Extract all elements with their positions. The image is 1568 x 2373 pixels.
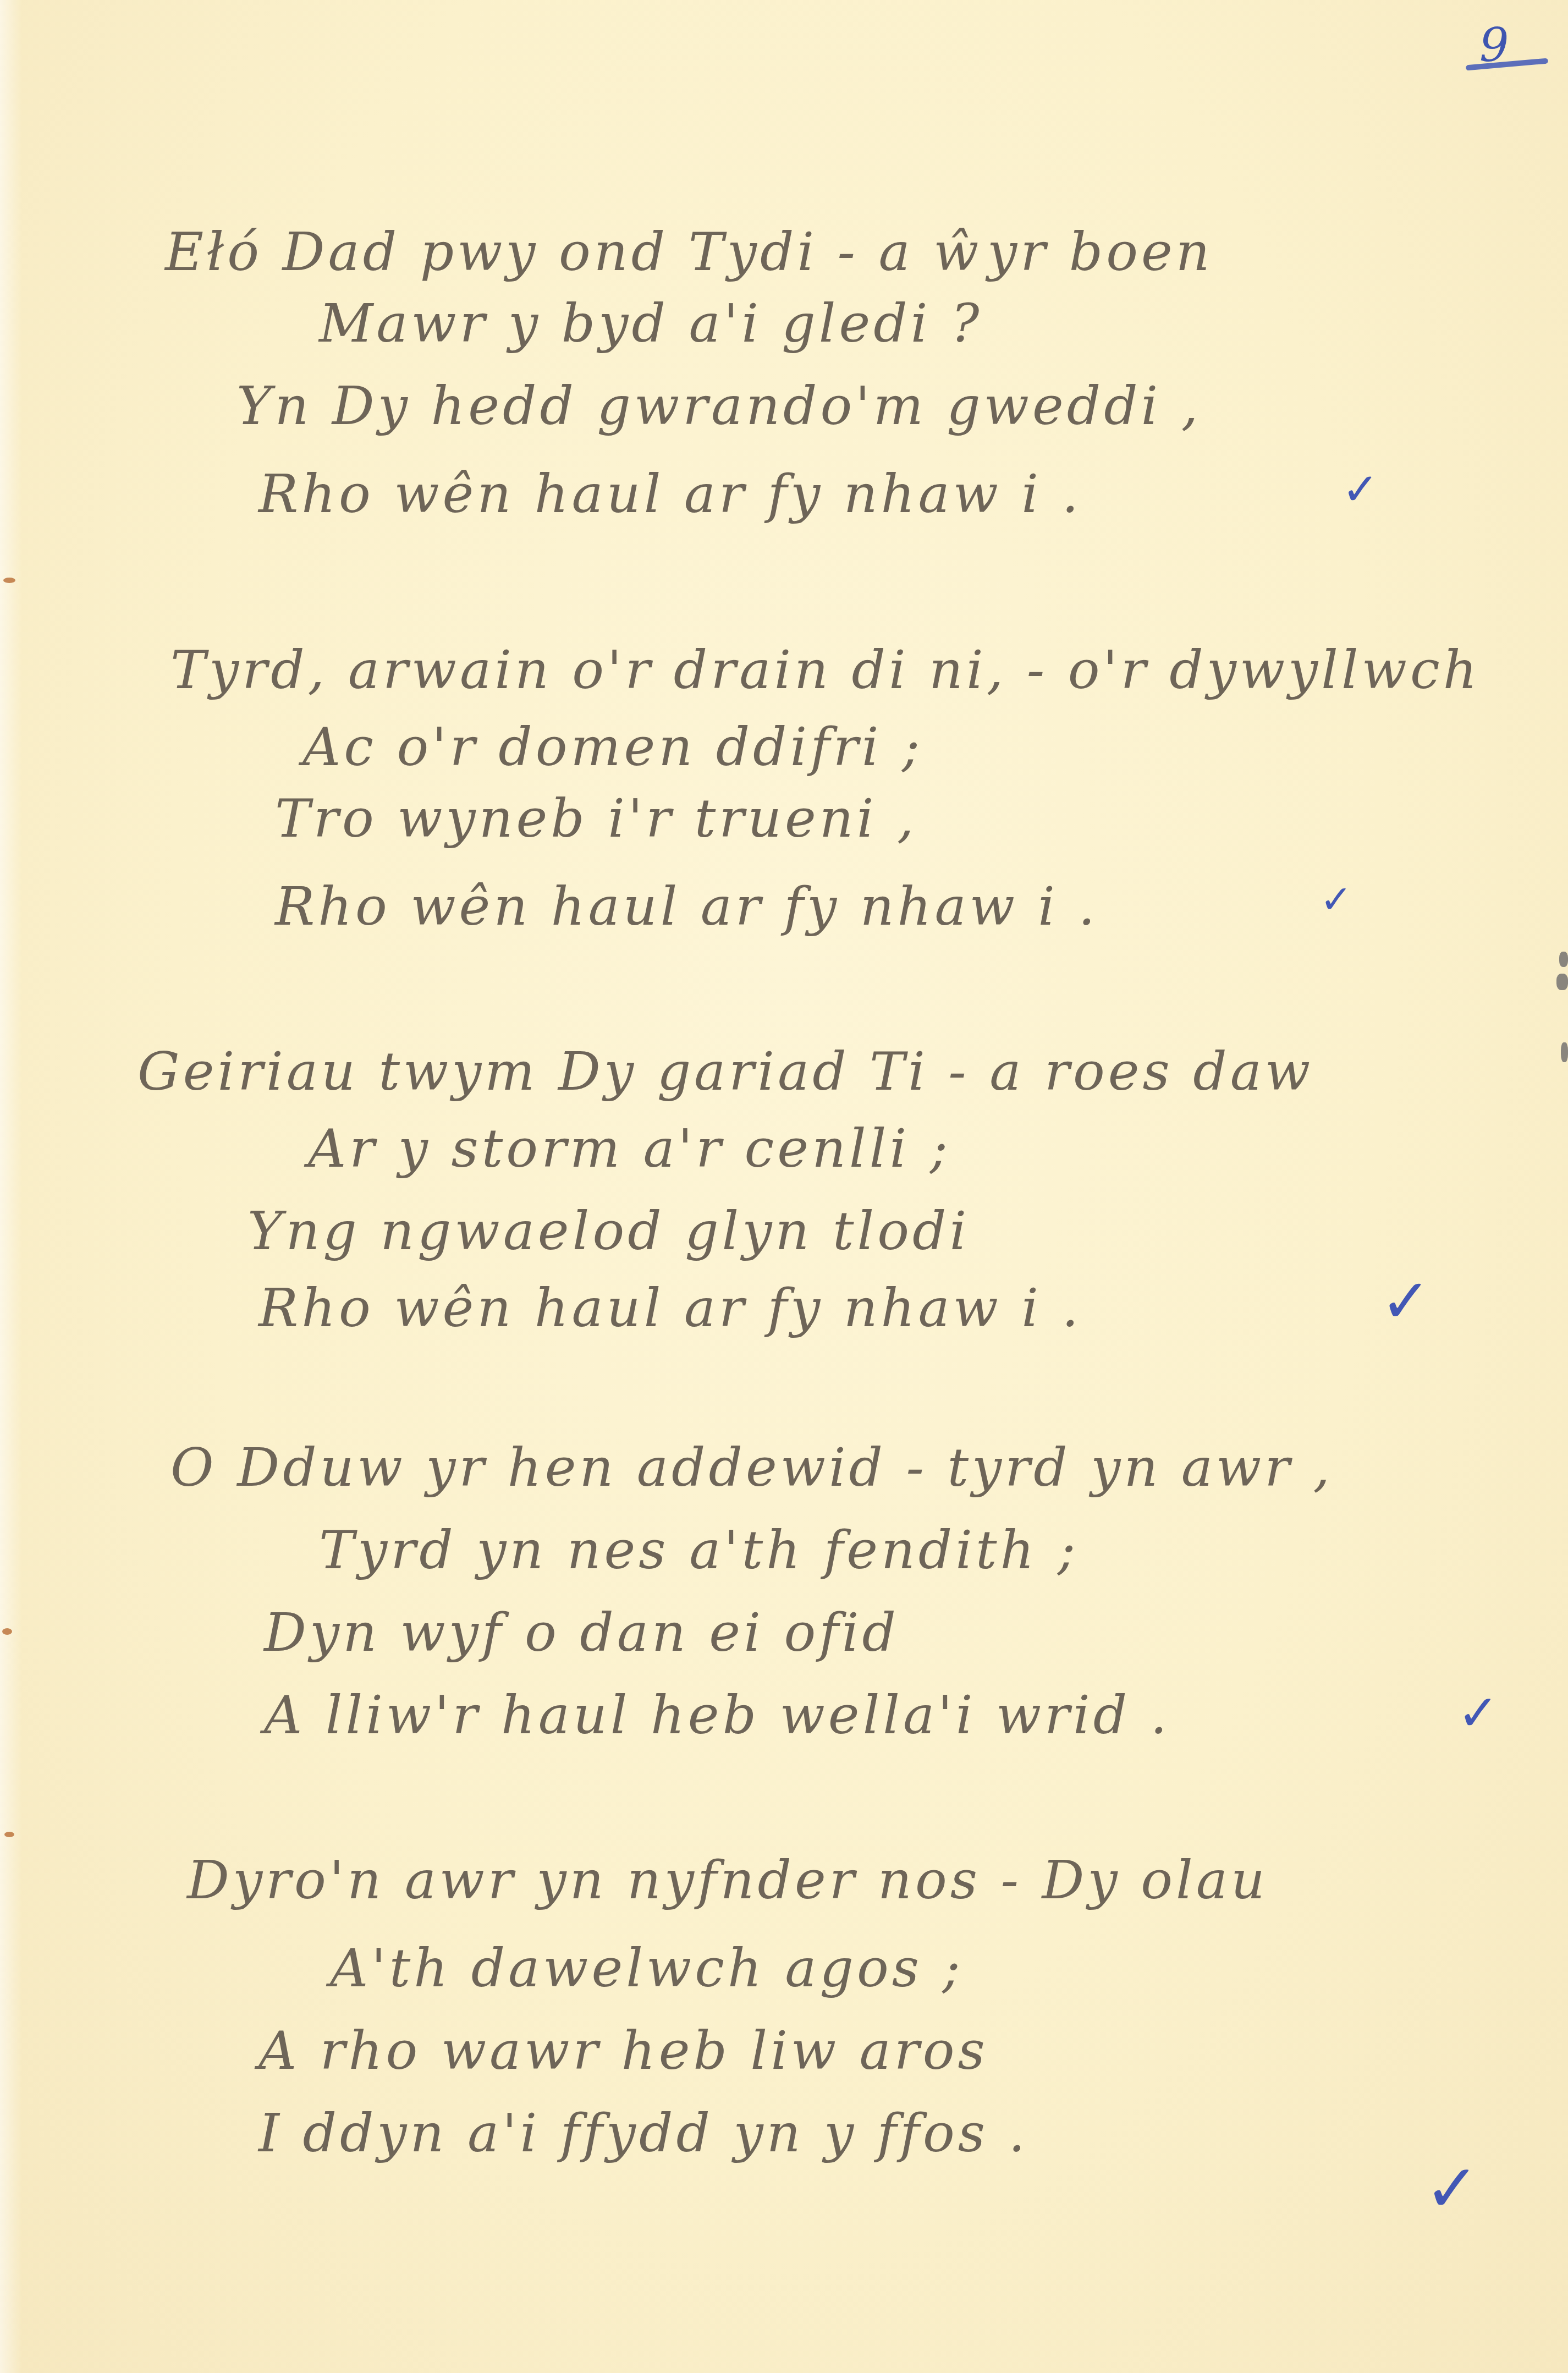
stanza-3-line-4: Rho wên haul ar fy nhaw i .: [258, 1282, 1082, 1334]
edge-ink-mark: [1556, 974, 1568, 990]
paper-edge-shading: [0, 0, 22, 2373]
stanza-4-line-1: O Dduw yr hen addewid - tyrd yn awr ,: [170, 1441, 1333, 1494]
stanza-1-line-2: Mawr y byd a'i gledi ?: [319, 297, 982, 350]
checkmark-icon: ✓: [1342, 468, 1379, 512]
stanza-4-line-3: Dyn wyf o dan ei ofid: [264, 1606, 899, 1659]
manuscript-page: 9 Ełó Dad pwy ond Tydi - a ŵyr boen Mawr…: [0, 0, 1568, 2373]
stanza-2-line-1: Tyrd, arwain o'r drain di ni, - o'r dywy…: [170, 644, 1480, 696]
stanza-3-line-2: Ar y storm a'r cenlli ;: [308, 1122, 951, 1175]
stanza-1-line-4: Rho wên haul ar fy nhaw i .: [258, 468, 1082, 520]
stanza-2-line-2: Ac o'r domen ddifri ;: [302, 721, 923, 773]
stanza-3-line-3: Yng ngwaelod glyn tlodi: [247, 1205, 970, 1257]
stanza-2-line-3: Tro wyneb i'r trueni ,: [275, 792, 917, 845]
stanza-5-line-1: Dyro'n awr yn nyfnder nos - Dy olau: [187, 1854, 1268, 1907]
stanza-4-line-2: Tyrd yn nes a'th fendith ;: [319, 1524, 1079, 1576]
paper-stain: [4, 1832, 14, 1837]
edge-ink-mark: [1561, 1042, 1568, 1062]
stanza-4-line-4: A lliw'r haul heb wella'i wrid .: [264, 1689, 1170, 1742]
stanza-3-line-1: Geiriau twym Dy gariad Ti - a roes daw: [137, 1045, 1313, 1098]
checkmark-icon: ✓: [1424, 2156, 1480, 2222]
stanza-1-line-3: Yn Dy hedd gwrando'm gweddi ,: [236, 380, 1201, 432]
checkmark-icon: ✓: [1457, 1689, 1499, 1738]
checkmark-icon: ✓: [1320, 880, 1352, 919]
stanza-5-line-4: I ddyn a'i ffydd yn y ffos .: [258, 2107, 1028, 2160]
stanza-1-line-1: Ełó Dad pwy ond Tydi - a ŵyr boen: [165, 226, 1213, 278]
stanza-5-line-2: A'th dawelwch agos ;: [330, 1942, 964, 1995]
checkmark-icon: ✓: [1380, 1271, 1431, 1331]
paper-stain: [2, 1628, 12, 1635]
edge-ink-mark: [1559, 952, 1568, 967]
stanza-2-line-4: Rho wên haul ar fy nhaw i .: [275, 880, 1098, 933]
stanza-5-line-3: A rho wawr heb liw aros: [258, 2024, 988, 2077]
paper-stain: [3, 578, 15, 583]
